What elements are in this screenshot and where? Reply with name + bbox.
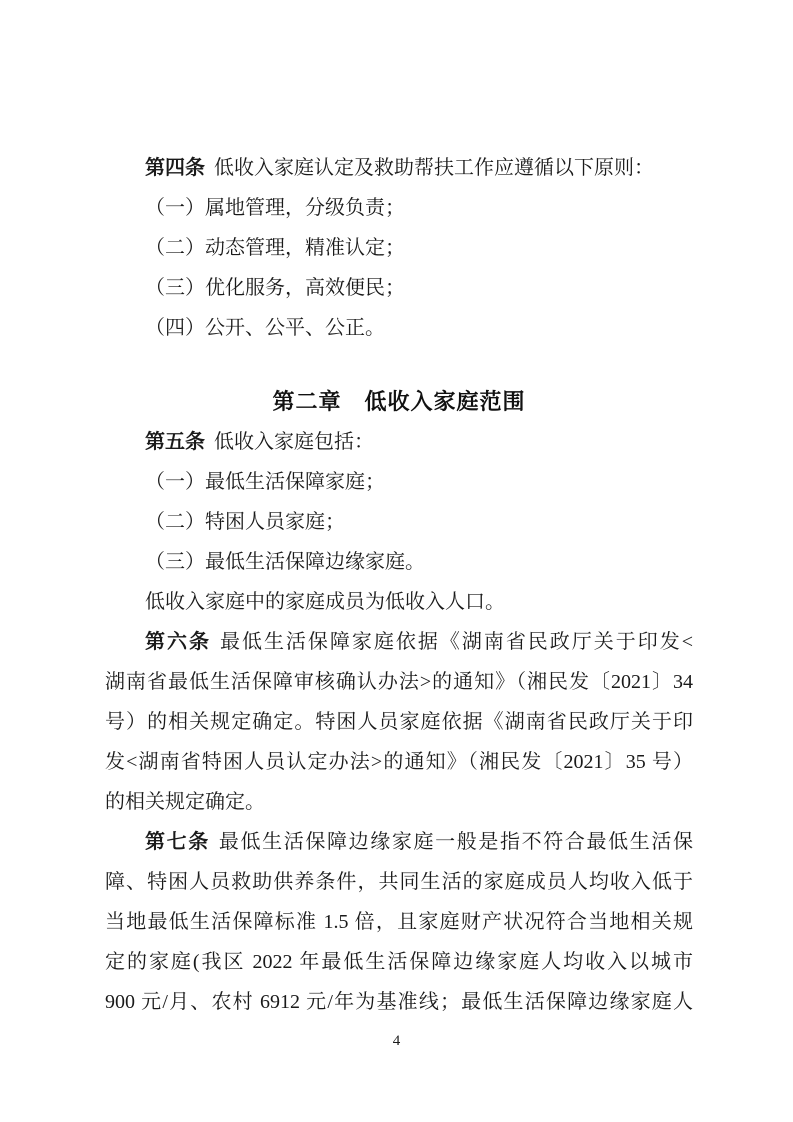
article-5: 第五条低收入家庭包括： （一）最低生活保障家庭； （二）特困人员家庭； （三）最… bbox=[105, 422, 693, 622]
article-6-line-4: 发<湖南省特困人员认定办法>的通知》（湘民发〔2021〕35 号） bbox=[105, 742, 693, 782]
article-5-item-2: （二）特困人员家庭； bbox=[105, 502, 693, 542]
article-6-line-1-text: 最低生活保障家庭依据《湖南省民政厅关于印发< bbox=[220, 631, 693, 653]
article-4-item-2: （二）动态管理，精准认定； bbox=[105, 228, 693, 268]
article-4: 第四条低收入家庭认定及救助帮扶工作应遵循以下原则： （一）属地管理，分级负责； … bbox=[105, 148, 693, 348]
document-content: 第四条低收入家庭认定及救助帮扶工作应遵循以下原则： （一）属地管理，分级负责； … bbox=[105, 148, 693, 1022]
article-6-label: 第六条 bbox=[145, 631, 211, 653]
document-page: 第四条低收入家庭认定及救助帮扶工作应遵循以下原则： （一）属地管理，分级负责； … bbox=[0, 0, 793, 1122]
article-7-line-4: 定的家庭(我区 2022 年最低生活保障边缘家庭人均收入以城市 bbox=[105, 942, 693, 982]
article-4-intro-line: 第四条低收入家庭认定及救助帮扶工作应遵循以下原则： bbox=[105, 148, 693, 188]
article-7-line-1: 第七条最低生活保障边缘家庭一般是指不符合最低生活保 bbox=[105, 822, 693, 862]
article-5-intro: 低收入家庭包括： bbox=[214, 431, 374, 453]
article-5-label: 第五条 bbox=[145, 431, 205, 453]
article-4-item-3: （三）优化服务，高效便民； bbox=[105, 268, 693, 308]
article-7-label: 第七条 bbox=[145, 831, 210, 853]
article-4-item-1: （一）属地管理，分级负责； bbox=[105, 188, 693, 228]
article-6-line-1: 第六条最低生活保障家庭依据《湖南省民政厅关于印发< bbox=[105, 622, 693, 662]
article-7: 第七条最低生活保障边缘家庭一般是指不符合最低生活保 障、特困人员救助供养条件，共… bbox=[105, 822, 693, 1022]
article-6-line-3: 号）的相关规定确定。特困人员家庭依据《湖南省民政厅关于印 bbox=[105, 702, 693, 742]
chapter-2-heading: 第二章 低收入家庭范围 bbox=[105, 382, 693, 422]
article-7-line-3: 当地最低生活保障标准 1.5 倍，且家庭财产状况符合当地相关规 bbox=[105, 902, 693, 942]
article-5-note-line: 低收入家庭中的家庭成员为低收入人口。 bbox=[105, 582, 693, 622]
article-5-item-1: （一）最低生活保障家庭； bbox=[105, 462, 693, 502]
article-6: 第六条最低生活保障家庭依据《湖南省民政厅关于印发< 湖南省最低生活保障审核确认办… bbox=[105, 622, 693, 822]
article-7-line-5: 900 元/月、农村 6912 元/年为基准线；最低生活保障边缘家庭人 bbox=[105, 982, 693, 1022]
article-4-label: 第四条 bbox=[145, 157, 205, 179]
article-6-line-5: 的相关规定确定。 bbox=[105, 782, 693, 822]
article-7-line-1-text: 最低生活保障边缘家庭一般是指不符合最低生活保 bbox=[219, 831, 693, 853]
page-number: 4 bbox=[0, 1030, 793, 1052]
article-5-item-3: （三）最低生活保障边缘家庭。 bbox=[105, 542, 693, 582]
article-6-line-2: 湖南省最低生活保障审核确认办法>的通知》（湘民发〔2021〕34 bbox=[105, 662, 693, 702]
article-5-intro-line: 第五条低收入家庭包括： bbox=[105, 422, 693, 462]
article-7-line-2: 障、特困人员救助供养条件，共同生活的家庭成员人均收入低于 bbox=[105, 862, 693, 902]
article-4-item-4: （四）公开、公平、公正。 bbox=[105, 308, 693, 348]
article-4-intro: 低收入家庭认定及救助帮扶工作应遵循以下原则： bbox=[214, 157, 654, 179]
